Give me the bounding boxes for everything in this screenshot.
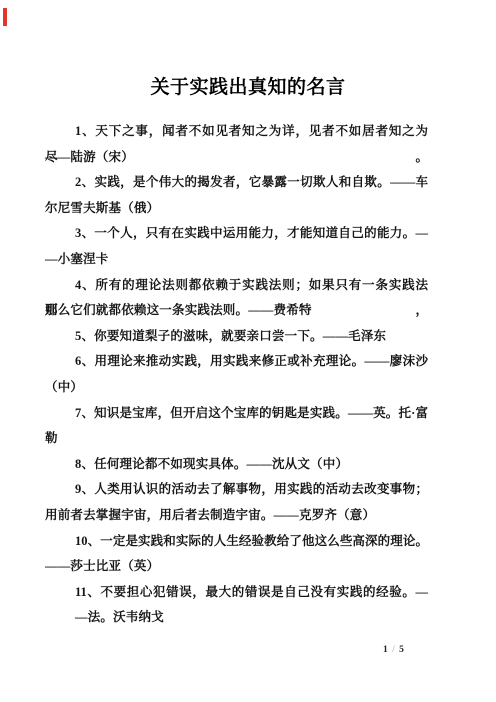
quote-line: 3、一个人，只有在实践中运用能力，才能知道自己的能力。— — [45, 221, 428, 247]
quote-line: 1、天下之事，闻者不如见者知之为详，见者不如居者知之为尽。 — [45, 119, 428, 145]
quote-line: 6、用理论来推动实践，用实践来修正或补充理论。——廖沫沙 — [45, 349, 428, 375]
quote-line: —小塞涅卡 — [45, 247, 428, 273]
total-page-count: 5 — [399, 645, 405, 655]
quote-line: 7、知识是宝库，但开启这个宝库的钥匙是实践。——英。托·富 — [45, 401, 428, 427]
page-number-separator: / — [392, 645, 396, 655]
quote-line: 4、所有的理论法则都依赖于实践法则；如果只有一条实践法则， — [45, 273, 428, 299]
quote-line: 9、人类用认识的活动去了解事物，用实践的活动去改变事物； — [45, 477, 428, 503]
document-page: 关于实践出真知的名言 1、天下之事，闻者不如见者知之为详，见者不如居者知之为尽。… — [0, 0, 496, 702]
quote-line: 尔尼雪夫斯基（俄） — [45, 196, 428, 222]
page-title: 关于实践出真知的名言 — [0, 72, 496, 99]
page-number: 1 / 5 — [383, 645, 405, 655]
quote-line: 2、实践，是个伟大的揭发者，它暴露一切欺人和自欺。——车 — [45, 170, 428, 196]
document-body: 1、天下之事，闻者不如见者知之为详，见者不如居者知之为尽。——陆游（宋）2、实践… — [45, 119, 428, 631]
quote-line: 5、你要知道梨子的滋味，就要亲口尝一下。——毛泽东 — [45, 324, 428, 350]
quote-line: 8、任何理论都不如现实具体。——沈从文（中） — [45, 452, 428, 478]
quote-line: 勒 — [45, 426, 428, 452]
current-page-number: 1 — [383, 645, 389, 655]
quote-line: —法。沃韦纳戈 — [45, 605, 428, 631]
quote-line: 10、一定是实践和实际的人生经验教给了他这么些高深的理论。 — [45, 529, 428, 555]
quote-line: 11、不要担心犯错误，最大的错误是自己没有实践的经验。— — [45, 580, 428, 606]
quote-line: （中） — [45, 375, 428, 401]
red-corner-marker — [3, 8, 7, 26]
quote-line: ——莎士比亚（英） — [45, 554, 428, 580]
quote-line: 用前者去掌握宇宙，用后者去制造宇宙。——克罗齐（意） — [45, 503, 428, 529]
